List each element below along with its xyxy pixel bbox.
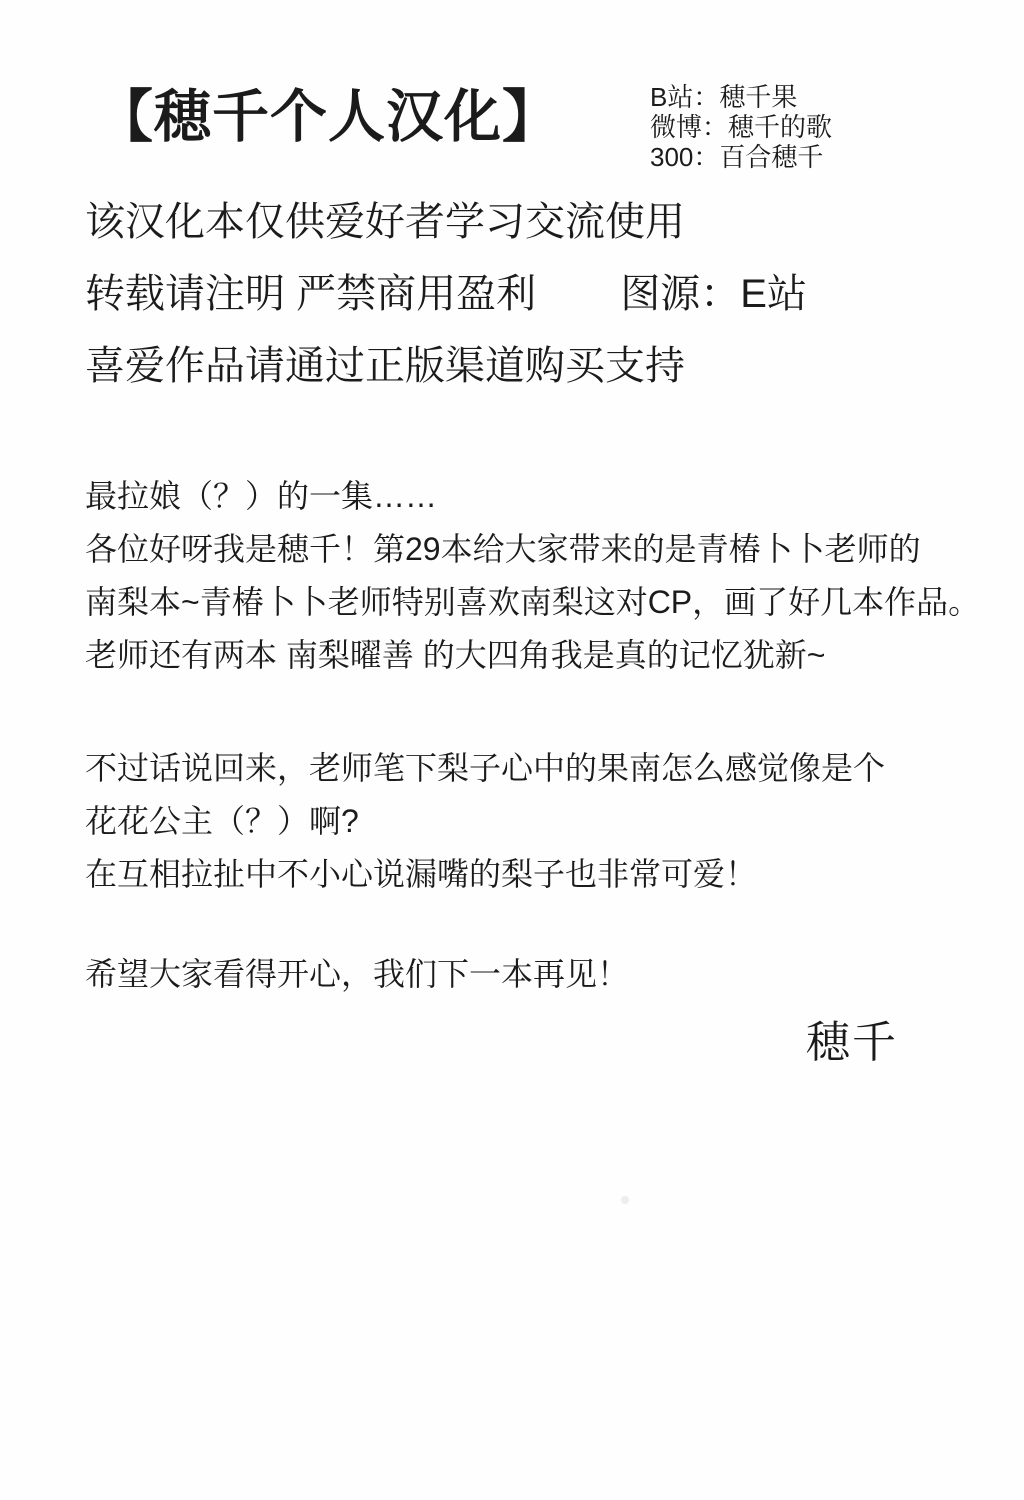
translator-afterword: 最拉娘（？）的一集…… 各位好呀我是穂千！第29本给大家带来的是青椿卜卜老师的 … (85, 470, 955, 1001)
afterword-line: 各位好呀我是穂千！第29本给大家带来的是青椿卜卜老师的 (85, 523, 955, 576)
afterword-line: 在互相拉扯中不小心说漏嘴的梨子也非常可爱！ (85, 848, 955, 901)
usage-notice: 该汉化本仅供爱好者学习交流使用 转载请注明 严禁商用盈利 图源：E站 喜爱作品请… (85, 186, 807, 402)
notice-support-line: 喜爱作品请通过正版渠道购买支持 (85, 330, 807, 402)
contact-300: 300：百合穂千 (650, 142, 832, 172)
afterword-paragraph-2: 不过话说回来，老师笔下梨子心中的果南怎么感觉像是个 花花公主（？）啊? 在互相拉… (85, 742, 955, 901)
notice-usage-line: 该汉化本仅供爱好者学习交流使用 (85, 186, 807, 258)
afterword-line: 花花公主（？）啊? (85, 795, 955, 848)
notice-repost-line: 转载请注明 严禁商用盈利 (85, 258, 536, 330)
scan-artifact-dot (621, 1196, 629, 1204)
contact-bilibili: B站：穂千果 (650, 82, 832, 112)
afterword-paragraph-1: 最拉娘（？）的一集…… 各位好呀我是穂千！第29本给大家带来的是青椿卜卜老师的 … (85, 470, 955, 682)
afterword-line: 不过话说回来，老师笔下梨子心中的果南怎么感觉像是个 (85, 742, 955, 795)
page-title: 【穂千个人汉化】 (96, 86, 560, 149)
afterword-line: 老师还有两本 南梨曜善 的大四角我是真的记忆犹新~ (85, 629, 955, 682)
contact-list: B站：穂千果 微博：穂千的歌 300：百合穂千 (650, 82, 832, 172)
afterword-line: 最拉娘（？）的一集…… (85, 470, 955, 523)
notice-repost-row: 转载请注明 严禁商用盈利 图源：E站 (85, 258, 807, 330)
scanlation-credits-page: 【穂千个人汉化】 B站：穂千果 微博：穂千的歌 300：百合穂千 该汉化本仅供爱… (0, 0, 1024, 1500)
notice-image-source: 图源：E站 (620, 258, 807, 330)
afterword-line: 南梨本~青椿卜卜老师特别喜欢南梨这对CP，画了好几本作品。 (85, 576, 955, 629)
translator-signature: 穂千 (806, 1006, 898, 1070)
afterword-paragraph-3: 希望大家看得开心，我们下一本再见！ (85, 948, 955, 1001)
afterword-line: 希望大家看得开心，我们下一本再见！ (85, 948, 955, 1001)
contact-weibo: 微博：穂千的歌 (650, 112, 832, 142)
